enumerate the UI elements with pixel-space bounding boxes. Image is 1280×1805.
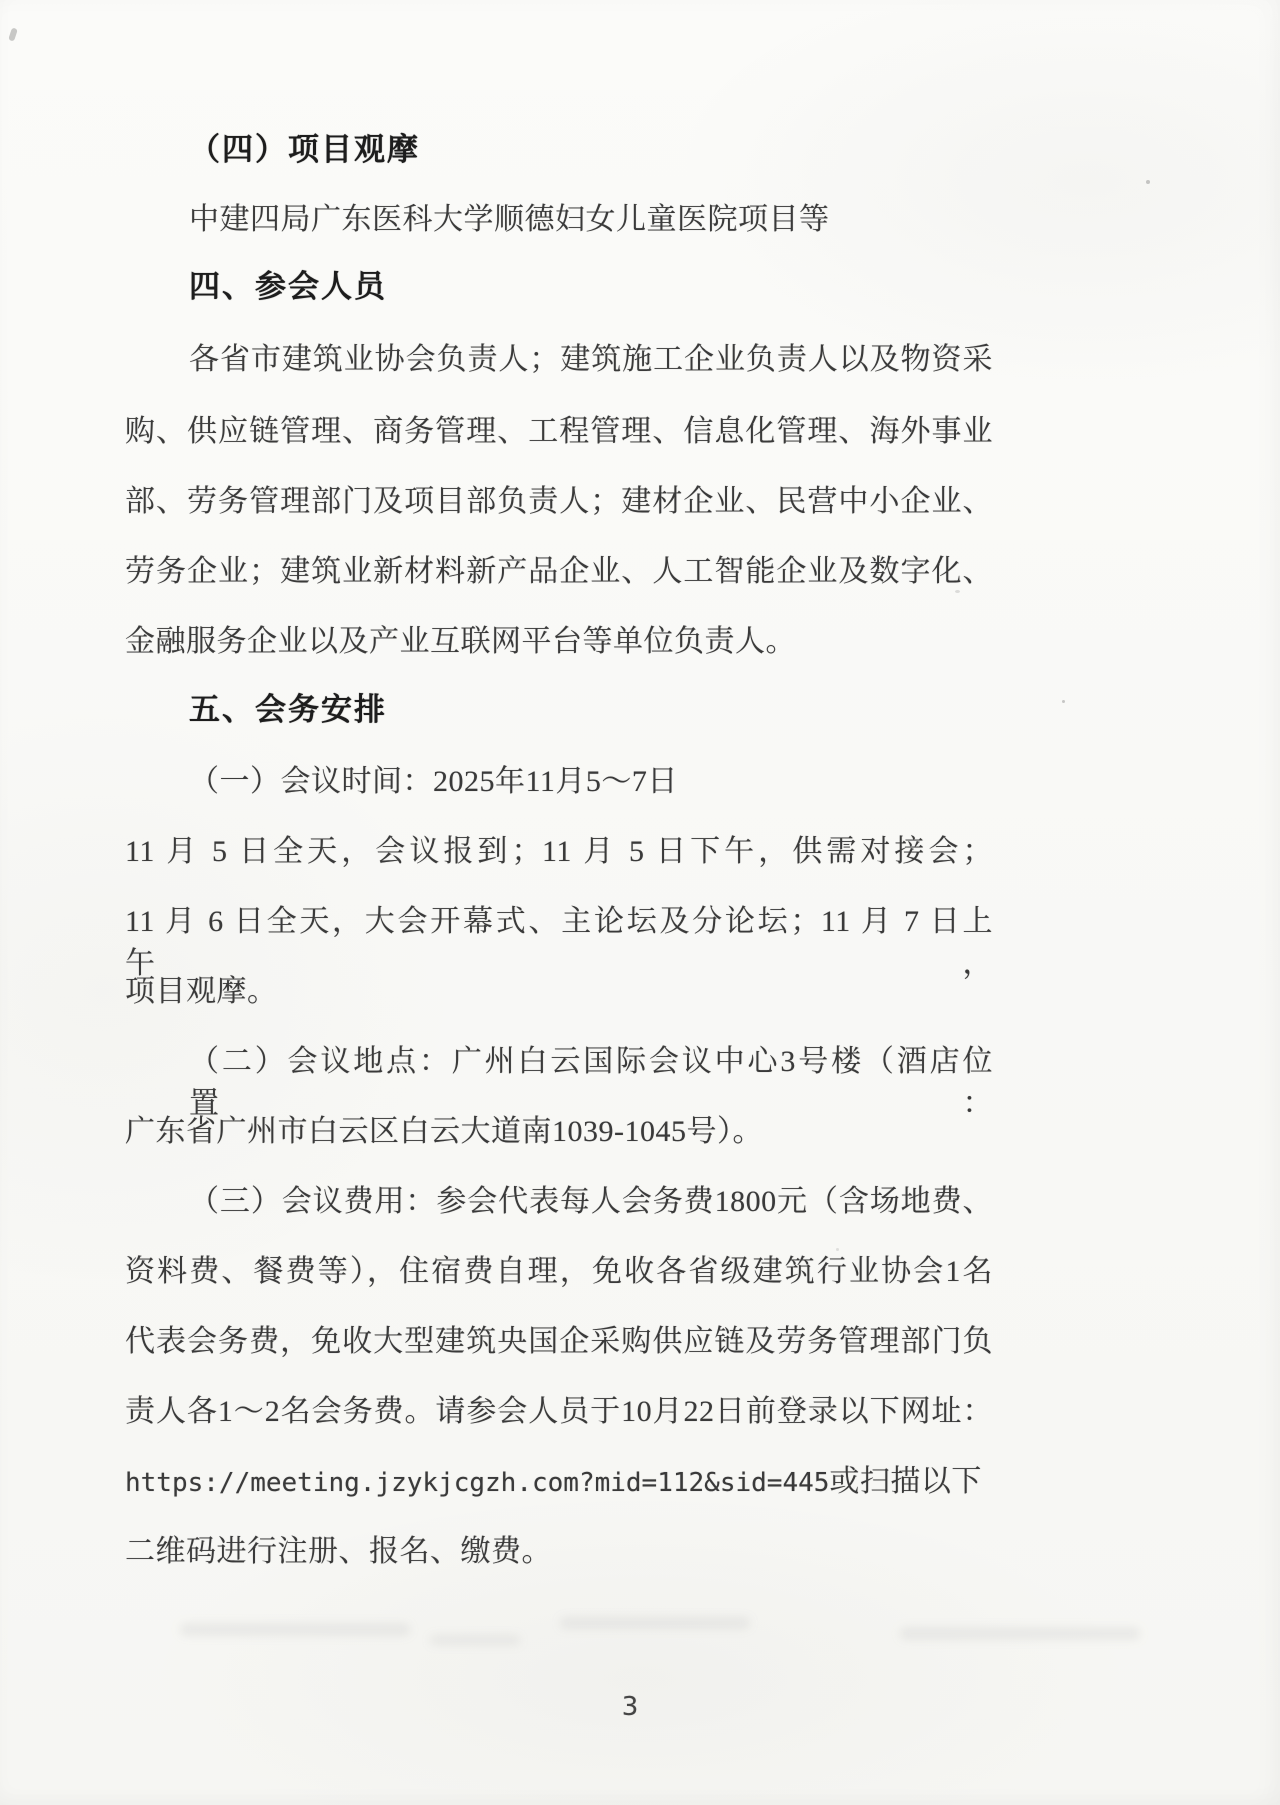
scan-speck <box>8 27 18 41</box>
line-meeting-time: （一）会议时间：2025年11月5～7日 <box>125 761 993 803</box>
scan-speck <box>836 1248 839 1251</box>
para-participants-line-2: 购、供应链管理、商务管理、工程管理、信息化管理、海外事业 <box>125 411 993 453</box>
line-schedule-3: 项目观摩。 <box>125 971 993 1013</box>
scan-smudge <box>900 1628 1140 1639</box>
page-number: 3 <box>0 1692 1260 1722</box>
heading-project-tour: （四）项目观摩 <box>125 129 993 171</box>
scanned-page: （四）项目观摩 中建四局广东医科大学顺德妇女儿童医院项目等 四、参会人员 各省市… <box>0 0 1280 1805</box>
line-fee-2: 资料费、餐费等），住宿费自理，免收各省级建筑行业协会1名 <box>125 1251 993 1293</box>
scan-smudge <box>560 1618 750 1628</box>
para-participants-line-1: 各省市建筑业协会负责人；建筑施工企业负责人以及物资采 <box>125 339 993 381</box>
scan-smudge <box>180 1624 410 1635</box>
line-venue-2: 广东省广州市白云区白云大道南1039-1045号）。 <box>125 1111 993 1153</box>
line-registration-url: https://meeting.jzykjcgzh.com?mid=112&si… <box>125 1461 993 1504</box>
registration-url-suffix: 或扫描以下 <box>829 1465 982 1498</box>
line-qrcode-note: 二维码进行注册、报名、缴费。 <box>125 1531 993 1573</box>
registration-url-text: https://meeting.jzykjcgzh.com?mid=112&si… <box>125 1468 829 1498</box>
heading-arrangements: 五、会务安排 <box>125 689 993 731</box>
line-project-example: 中建四局广东医科大学顺德妇女儿童医院项目等 <box>125 199 993 241</box>
line-fee-1: （三）会议费用：参会代表每人会务费1800元（含场地费、 <box>125 1181 993 1223</box>
heading-participants: 四、参会人员 <box>125 266 993 308</box>
line-fee-3: 代表会务费，免收大型建筑央国企采购供应链及劳务管理部门负 <box>125 1321 993 1363</box>
scan-smudge <box>430 1636 520 1644</box>
scan-speck <box>955 590 960 593</box>
para-participants-line-5: 金融服务企业以及产业互联网平台等单位负责人。 <box>125 621 993 663</box>
para-participants-line-3: 部、劳务管理部门及项目部负责人；建材企业、民营中小企业、 <box>125 481 993 523</box>
line-schedule-1: 11 月 5 日全天，会议报到；11 月 5 日下午，供需对接会； <box>125 831 993 873</box>
scan-speck <box>1146 180 1150 184</box>
para-participants-line-4: 劳务企业；建筑业新材料新产品企业、人工智能企业及数字化、 <box>125 551 993 593</box>
scan-speck <box>1062 700 1065 703</box>
line-fee-4: 责人各1～2名会务费。请参会人员于10月22日前登录以下网址： <box>125 1391 993 1433</box>
